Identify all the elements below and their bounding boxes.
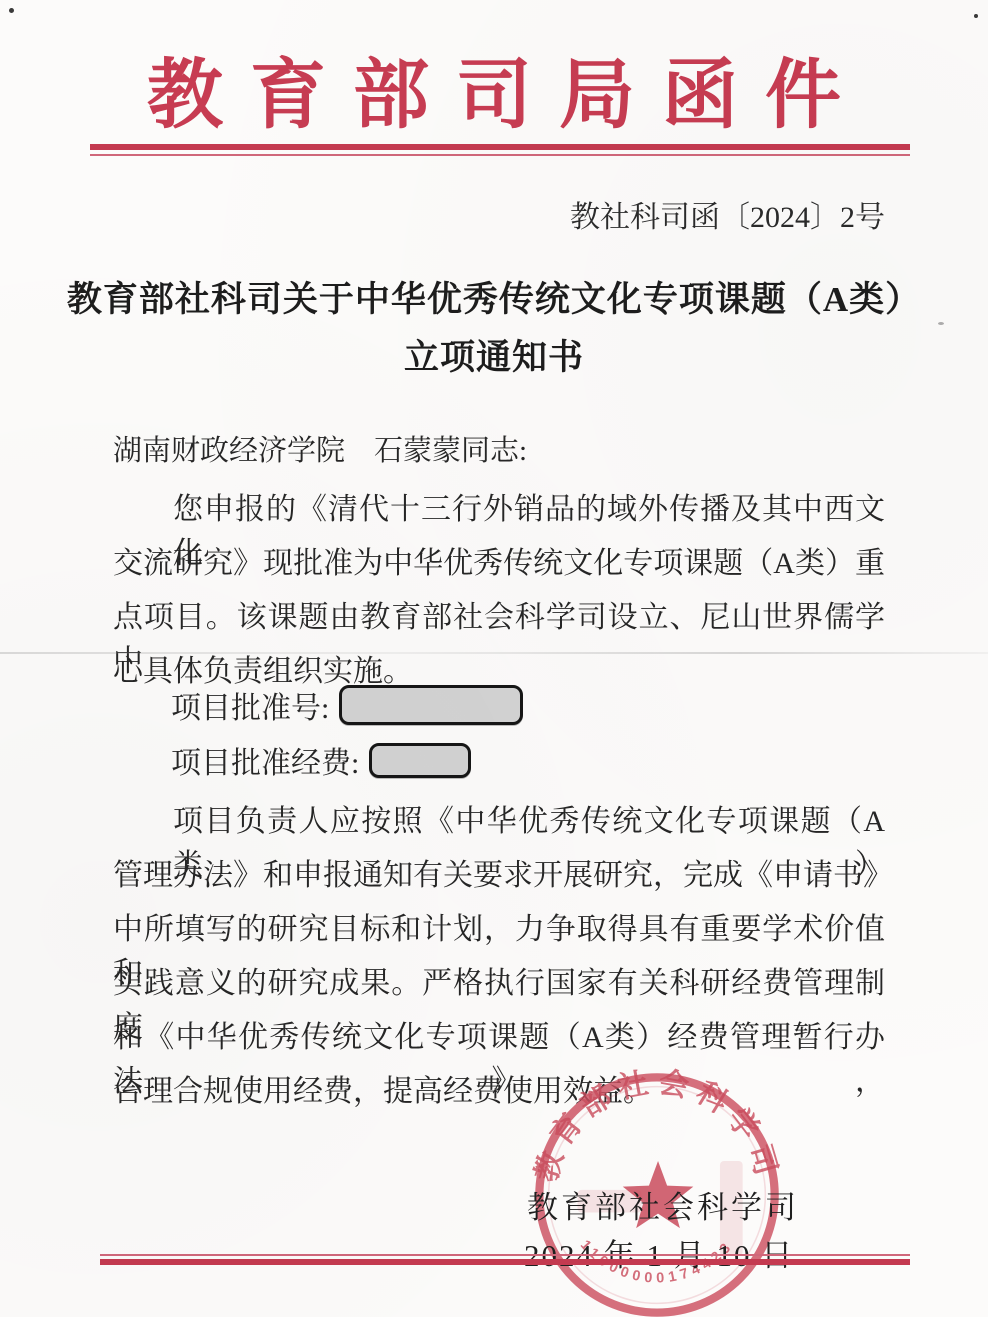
redacted-approval-funds-box <box>369 743 471 778</box>
divider-thick-line <box>100 1259 910 1265</box>
scan-fold-crease <box>0 652 988 654</box>
divider-thin-line <box>90 154 910 156</box>
approval-number-label: 项目批准号: <box>171 683 329 727</box>
approval-number-line: 项目批准号: <box>171 683 523 727</box>
letterhead-divider <box>90 144 910 156</box>
signature-date: 2024 年 1 月 10 日 <box>524 1230 794 1275</box>
scanned-letter-page: 教育部司局函件 教社科司函〔2024〕2号 教育部社科司关于中华优秀传统文化专项… <box>0 0 988 1317</box>
scan-speck <box>9 8 14 13</box>
document-title-line2: 立项通知书 <box>0 330 988 380</box>
scan-speck <box>938 322 944 325</box>
salutation: 湖南财政经济学院 石蒙蒙同志: <box>113 428 527 469</box>
body-line: 管理办法》和申报通知有关要求开展研究，完成《申请书》 <box>113 850 885 894</box>
document-number: 教社科司函〔2024〕2号 <box>570 192 890 236</box>
body-line: 交流研究》现批准为中华优秀传统文化专项课题（A类）重 <box>113 538 885 582</box>
approval-funds-line: 项目批准经费: <box>171 738 471 782</box>
footer-divider <box>100 1254 910 1265</box>
scan-speck <box>974 14 978 18</box>
approval-funds-label: 项目批准经费: <box>171 738 359 782</box>
document-title-line1: 教育部社科司关于中华优秀传统文化专项课题（A类） <box>0 272 988 322</box>
signature-org: 教育部社会科学司 <box>527 1182 799 1227</box>
letterhead-title: 教育部司局函件 <box>0 34 988 143</box>
redacted-approval-number-box <box>339 685 523 725</box>
